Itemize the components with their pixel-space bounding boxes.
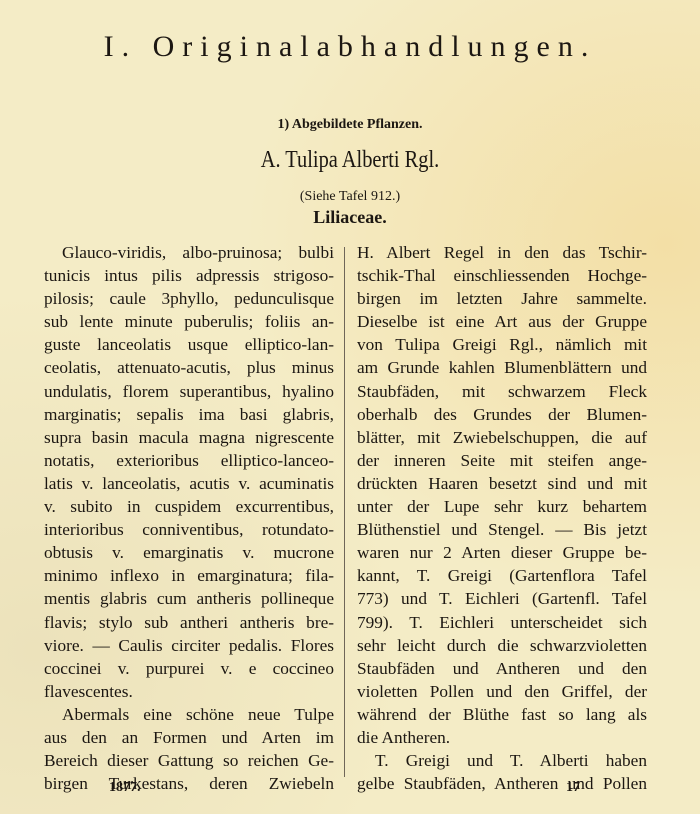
section-title: I. Originalabhandlungen. [0,30,700,64]
text-line: Staubfäden und Antheren und den [357,657,647,680]
column-divider [344,247,345,777]
text-line: Blüthenstiel und Stengel. — Bis jetzt [357,518,647,541]
text-line: waren nur 2 Arten dieser Gruppe be- [357,541,647,564]
text-line: am Grunde kahlen Blumenblättern und [357,356,647,379]
page-number: 17 [566,780,580,796]
text-line: guste lanceolatis usque elliptico-lan- [44,333,334,356]
text-line: undulatis, florem superantibus, hyalino [44,380,334,403]
text-line: aus den an Formen und Arten im [44,726,334,749]
text-line: marginatis; sepalis ima basi glabris, [44,403,334,426]
journal-page: I. Originalabhandlungen. 1) Abgebildete … [0,0,700,814]
text-line: unter der Lupe sehr kurz behartem [357,495,647,518]
text-line: drückten Haaren besetzt sind und mit [357,472,647,495]
subsection-heading: 1) Abgebildete Pflanzen. [0,117,700,133]
text-line: sub lente minute puberulis; foliis an- [44,310,334,333]
text-line: gelbe Staubfäden, Antheren und Pollen [357,772,647,795]
text-line: violetten Pollen und den Griffel, der [357,680,647,703]
text-line: Bereich dieser Gattung so reichen Ge- [44,749,334,772]
text-line: tschik-Thal einschliessenden Hochge- [357,264,647,287]
text-line: ceolatis, attenuato-acutis, plus minus [44,356,334,379]
text-line: flavescentes. [44,680,334,703]
text-line: interioribus conniventibus, rotundato- [44,518,334,541]
text-line: Abermals eine schöne neue Tulpe [44,703,334,726]
left-column: Glauco-viridis, albo-pruinosa; bulbi tun… [44,241,334,795]
text-line: tunicis intus pilis adpressis strigoso- [44,264,334,287]
text-line: obtusis v. emarginatis v. mucrone [44,541,334,564]
text-line: flavis; stylo sub antheri antheris bre- [44,611,334,634]
text-line: pilosis; caule 3phyllo, pedunculisque [44,287,334,310]
text-line: Staubfäden, mit schwarzem Fleck [357,380,647,403]
text-line: minimo inflexo in emarginatura; fila- [44,564,334,587]
text-line: H. Albert Regel in den das Tschir- [357,241,647,264]
text-line: der inneren Seite mit steifen ange- [357,449,647,472]
species-heading: A. Tulipa Alberti Rgl. [53,147,648,174]
text-line: während der Blüthe fast so lang als [357,703,647,726]
text-line: notatis, exterioribus elliptico-lanceo- [44,449,334,472]
family-heading: Liliaceae. [0,207,700,228]
text-line: latis v. lanceolatis, acutis v. acuminat… [44,472,334,495]
text-line: viore. — Caulis circiter pedalis. Flores [44,634,334,657]
text-line: coccinei v. purpurei v. e coccineo [44,657,334,680]
text-line: von Tulipa Greigi Rgl., nämlich mit [357,333,647,356]
text-line: mentis glabris cum antheris pollineque [44,587,334,610]
text-line: 799). T. Eichleri unterscheidet sich [357,611,647,634]
text-line: Glauco-viridis, albo-pruinosa; bulbi [44,241,334,264]
text-line: supra basin macula magna nigrescente [44,426,334,449]
text-line: blätter, mit Zwiebelschuppen, die auf [357,426,647,449]
text-line: v. subito in cuspidem excurrentibus, [44,495,334,518]
text-line: 773) und T. Eichleri (Gartenfl. Tafel [357,587,647,610]
text-line: T. Greigi und T. Alberti haben [357,749,647,772]
text-line: sehr leicht durch die schwarzvioletten [357,634,647,657]
right-column: H. Albert Regel in den das Tschir- tschi… [357,241,647,795]
plate-reference: (Siehe Tafel 912.) [0,189,700,205]
text-line: oberhalb des Grundes der Blumen- [357,403,647,426]
text-line: kannt, T. Greigi (Gartenflora Tafel [357,564,647,587]
text-line: Dieselbe ist eine Art aus der Gruppe [357,310,647,333]
text-line: birgen im letzten Jahre sammelte. [357,287,647,310]
year-folio: 1877. [109,780,141,796]
text-line: birgen Turkestans, deren Zwiebeln [44,772,334,795]
text-line: die Antheren. [357,726,647,749]
